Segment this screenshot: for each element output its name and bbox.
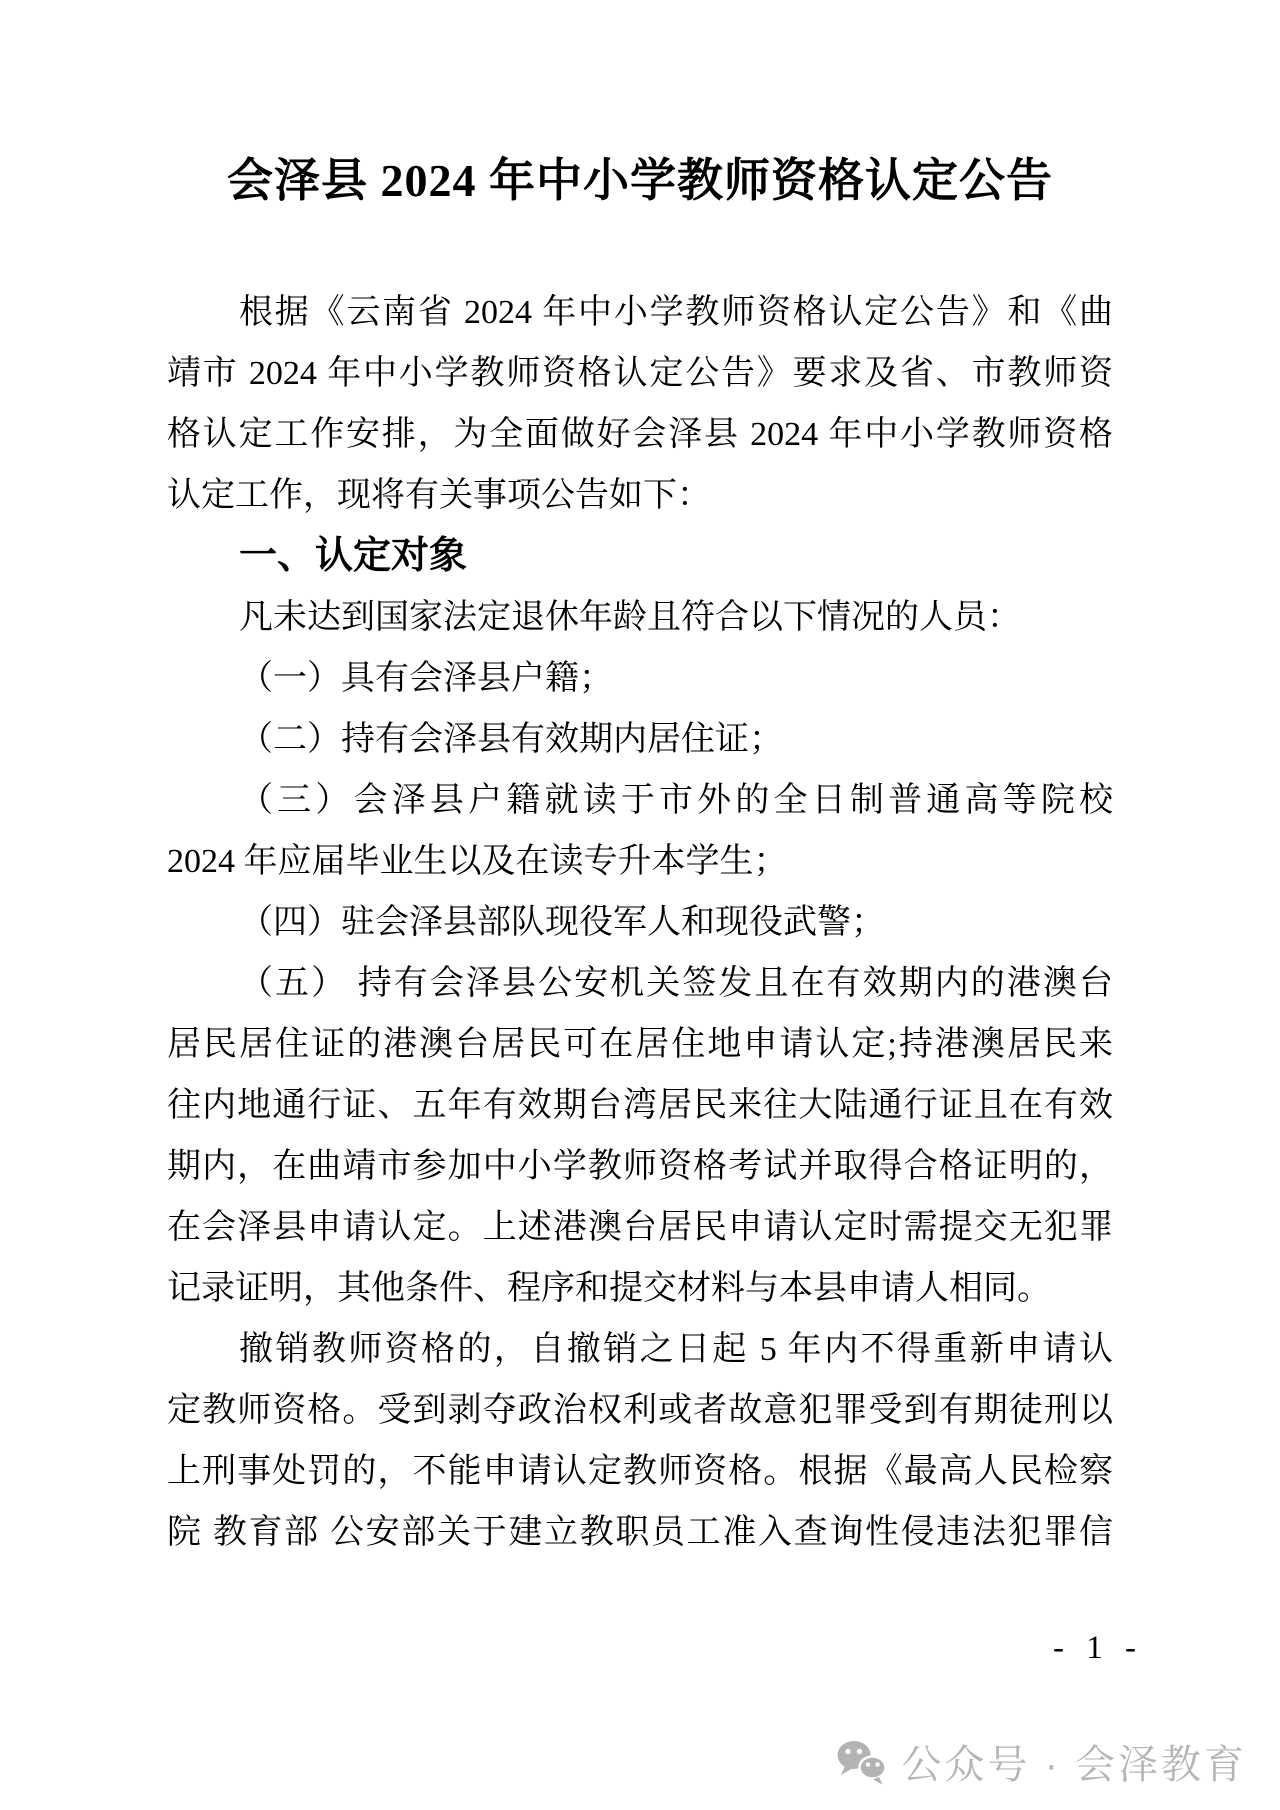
document-line: 在会泽县申请认定。上述港澳台居民申请认定时需提交无犯罪 [167,1197,1113,1258]
document-title: 会泽县 2024 年中小学教师资格认定公告 [0,0,1280,212]
document-line: 靖市 2024 年中小学教师资格认定公告》要求及省、市教师资 [167,343,1113,404]
document-line: 凡未达到国家法定退休年龄且符合以下情况的人员： [167,587,1113,648]
document-line: 院 教育部 公安部关于建立教职员工准入查询性侵违法犯罪信 [167,1502,1113,1563]
watermark-text: 公众号 · 会泽教育 [901,1733,1247,1790]
document-line: 居民居住证的港澳台居民可在居住地申请认定;持港澳居民来 [167,1014,1113,1075]
document-line: （二）持有会泽县有效期内居住证； [167,709,1113,770]
document-line: 往内地通行证、五年有效期台湾居民来往大陆通行证且在有效 [167,1075,1113,1136]
page-number: - 1 - [1053,1630,1143,1667]
document-line: 格认定工作安排，为全面做好会泽县 2024 年中小学教师资格 [167,404,1113,465]
document-line: 期内，在曲靖市参加中小学教师资格考试并取得合格证明的， [167,1136,1113,1197]
document-line: 定教师资格。受到剥夺政治权利或者故意犯罪受到有期徒刑以 [167,1380,1113,1441]
section-heading: 一、认定对象 [167,526,1113,587]
document-line: 根据《云南省 2024 年中小学教师资格认定公告》和《曲 [167,282,1113,343]
document-line: （五） 持有会泽县公安机关签发且在有效期内的港澳台 [167,953,1113,1014]
document-line: 上刑事处罚的，不能申请认定教师资格。根据《最高人民检察 [167,1441,1113,1502]
document-line: 认定工作，现将有关事项公告如下： [167,465,1113,526]
document-line: （一）具有会泽县户籍； [167,648,1113,709]
document-body: 根据《云南省 2024 年中小学教师资格认定公告》和《曲 靖市 2024 年中小… [167,282,1113,1563]
document-line: 2024 年应届毕业生以及在读专升本学生； [167,831,1113,892]
document-line: （四）驻会泽县部队现役军人和现役武警； [167,892,1113,953]
document-line: （三）会泽县户籍就读于市外的全日制普通高等院校 [167,770,1113,831]
document-page: 会泽县 2024 年中小学教师资格认定公告 根据《云南省 2024 年中小学教师… [0,0,1280,1810]
document-line: 记录证明，其他条件、程序和提交材料与本县申请人相同。 [167,1258,1113,1319]
document-line: 撤销教师资格的，自撤销之日起 5 年内不得重新申请认 [167,1319,1113,1380]
wechat-icon [835,1739,889,1785]
wechat-watermark: 公众号 · 会泽教育 [835,1733,1247,1790]
